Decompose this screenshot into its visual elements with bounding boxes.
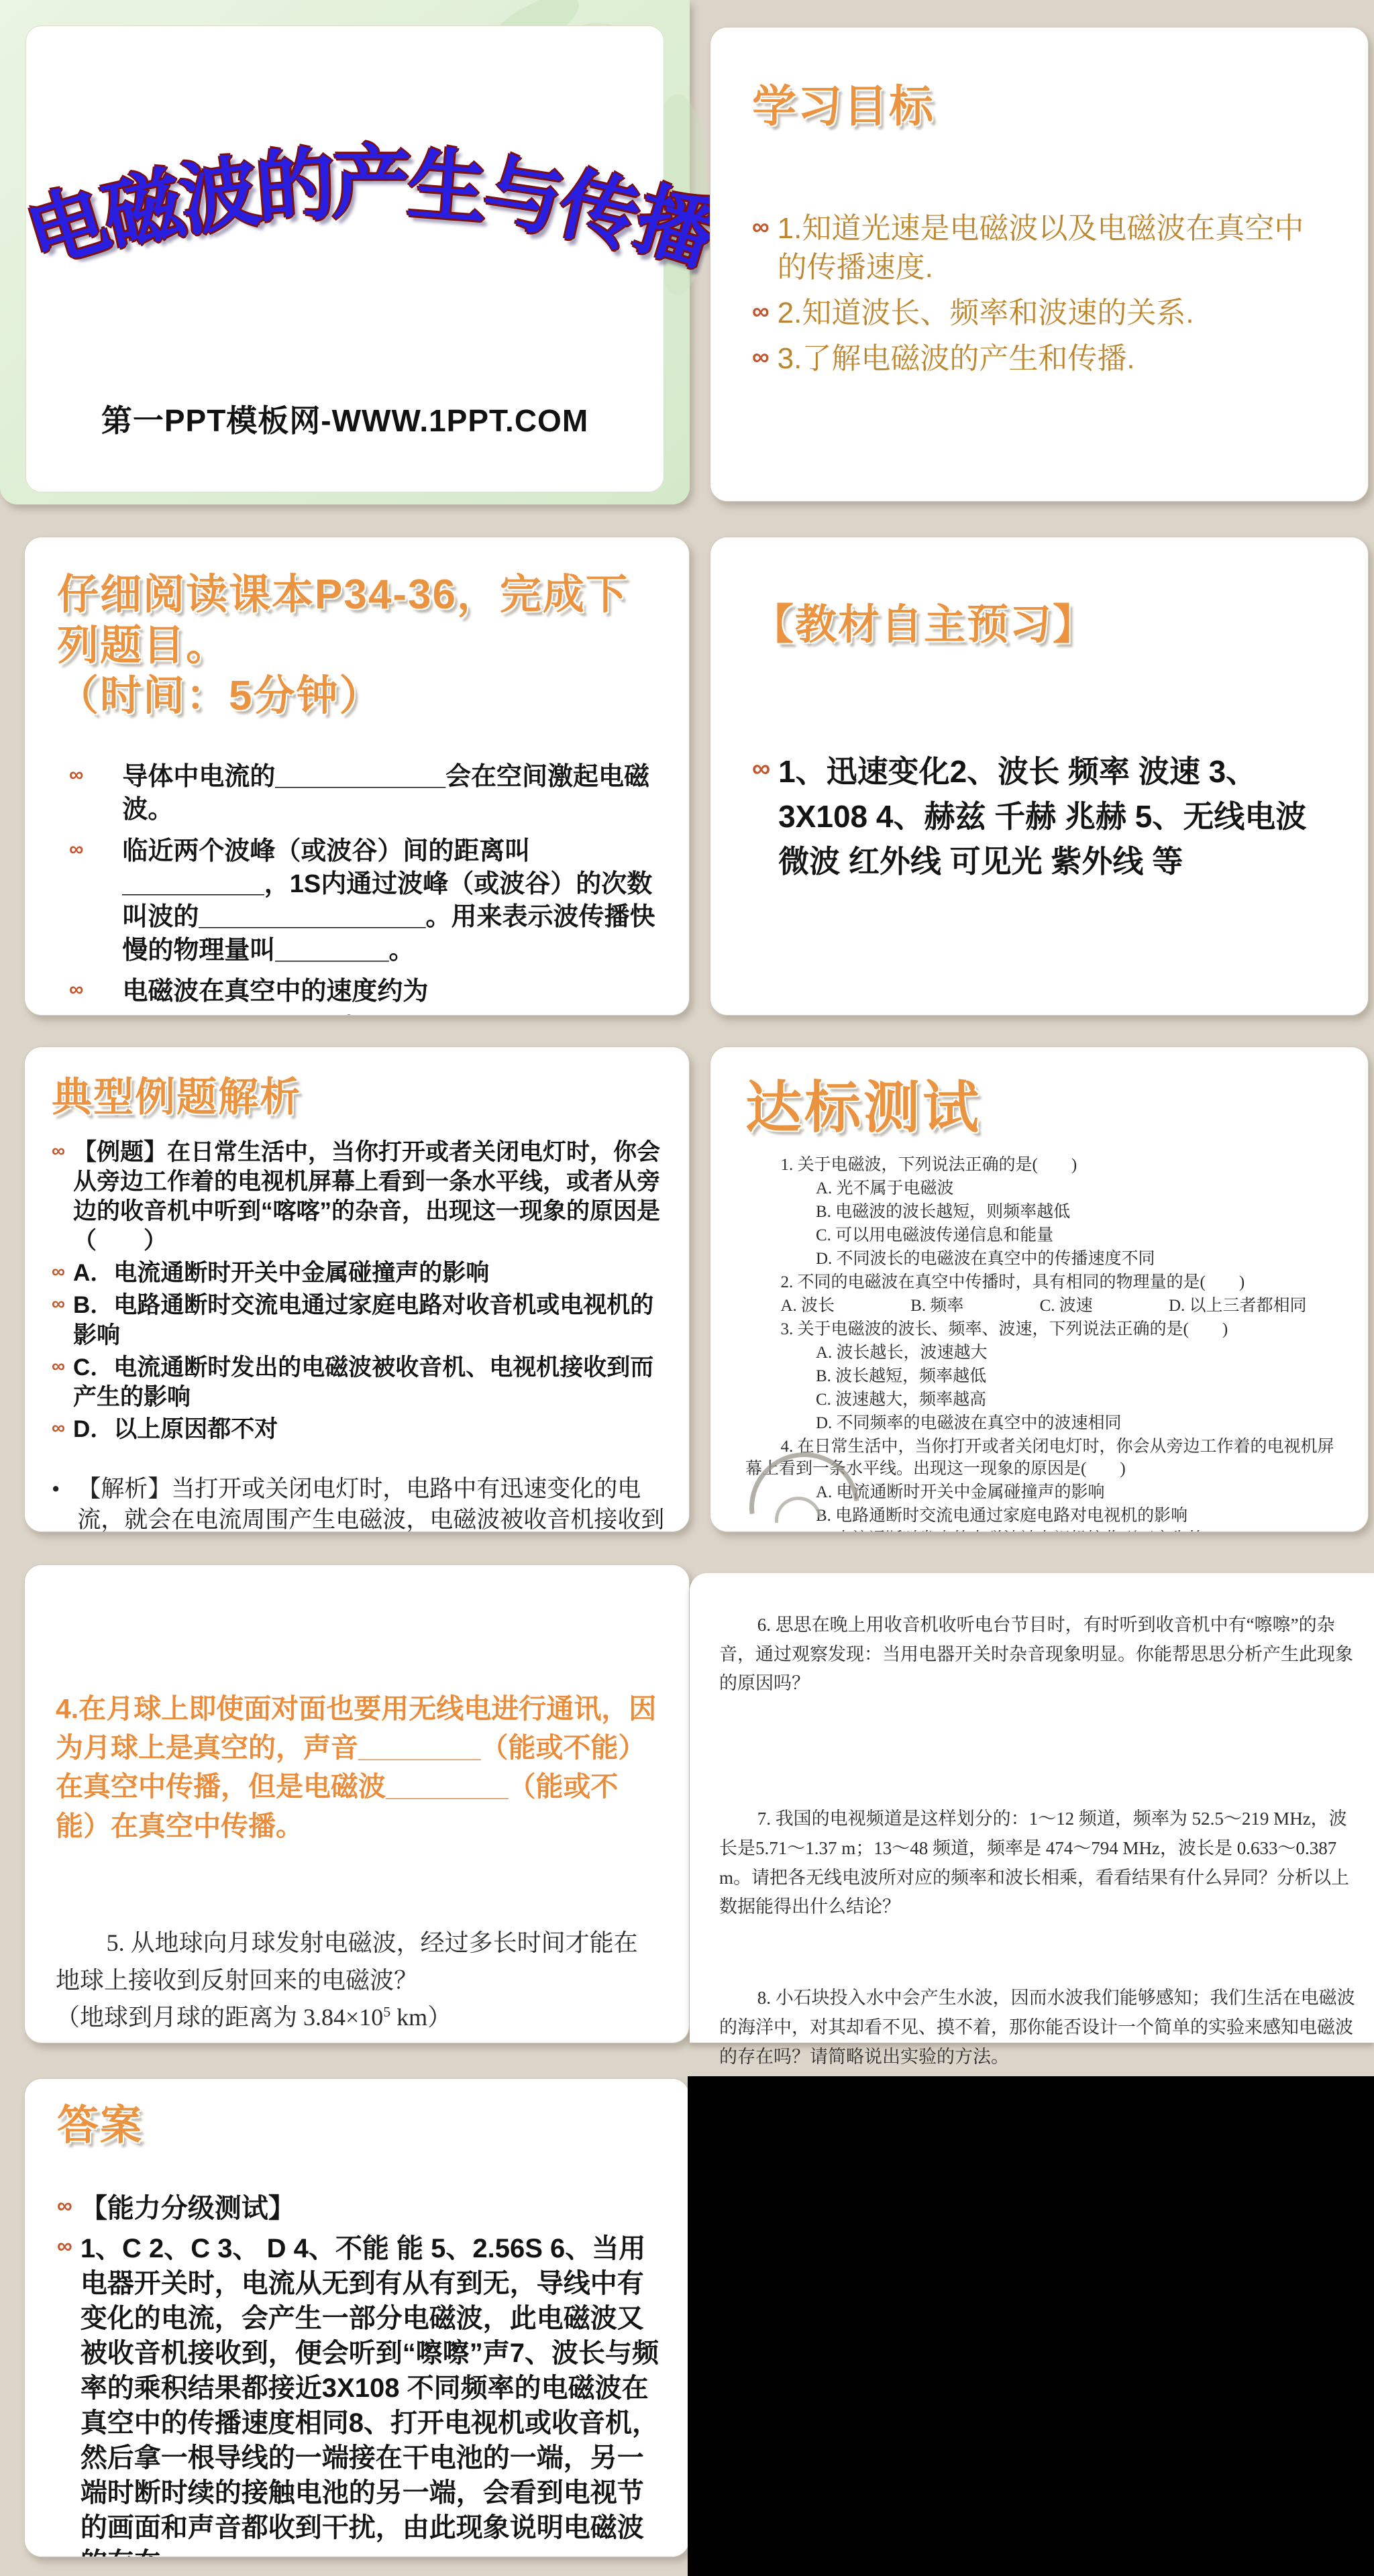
slide-heading: 达标测试	[745, 1075, 1342, 1140]
q5-text: 5. 从地球向月球发射电磁波，经过多长时间才能在地球上接收到反射回来的电磁波？	[56, 1925, 658, 2000]
scroll-bullet-icon: ∞	[52, 1292, 65, 1316]
q2-option: A. 波长	[781, 1295, 835, 1317]
question-5: 5. 从地球向月球发射电磁波，经过多长时间才能在地球上接收到反射回来的电磁波？ …	[56, 1925, 658, 2037]
list-item: ∞ 导体中电流的____________会在空间激起电磁波。	[57, 761, 662, 827]
black-filler-panel	[688, 2076, 1374, 2576]
slide-moon-question: 4.在月球上即使面对面也要用无线电进行通讯，因为月球上是真空的，声音______…	[24, 1564, 690, 2043]
scroll-bullet-icon: ∞	[69, 977, 83, 1003]
goal-list: ∞ 1.知道光速是电磁波以及电磁波在真空中的传播速度. ∞ 2.知道波长、频率和…	[752, 209, 1331, 378]
goal-text: 1.知道光速是电磁波以及电磁波在真空中的传播速度.	[778, 209, 1331, 287]
q2-option: B. 频率	[910, 1295, 963, 1317]
answers-body: ∞ 【能力分级测试】 ∞ 1、C 2、C 3、 D 4、不能 能 5、2.56S…	[57, 2191, 662, 2557]
task-text: 临近两个波峰（或波谷）间的距离叫__________，1S内通过波峰（或波谷）的…	[122, 835, 662, 968]
example-body: ∞ 【例题】在日常生活中，当你打开或者关闭电灯时，你会从旁边工作着的电视机屏幕上…	[52, 1138, 666, 1532]
task-list: ∞ 导体中电流的____________会在空间激起电磁波。 ∞ 临近两个波峰（…	[57, 761, 662, 1016]
q1-option: D. 不同波长的电磁波在真空中的传播速度不同	[745, 1248, 1342, 1270]
site-credit: 第一PPT模板网-WWW.1PPT.COM	[26, 396, 664, 441]
list-item: ∞ 3.了解电磁波的产生和传播.	[752, 339, 1331, 378]
scroll-bullet-icon: ∞	[52, 1138, 65, 1162]
task-text: 电磁波在真空中的速度约为______________m/s.	[122, 975, 662, 1016]
q2-options-row: A. 波长 B. 频率 C. 波速 D. 以上三者都相同	[745, 1295, 1307, 1317]
question-1: 1. 关于电磁波，下列说法正确的是( )	[745, 1154, 1342, 1176]
spacer	[52, 1447, 666, 1474]
q3-option: D. 不同频率的电磁波在真空中的波速相同	[745, 1412, 1342, 1434]
fill-blank-statement: 4.在月球上即使面对面也要用无线电进行通讯，因为月球上是真空的，声音______…	[56, 1689, 658, 1845]
list-item: ∞ 临近两个波峰（或波谷）间的距离叫__________，1S内通过波峰（或波谷…	[57, 835, 662, 968]
answers-subheading: ∞ 【能力分级测试】	[57, 2191, 662, 2226]
slide-heading: 典型例题解析	[52, 1074, 301, 1120]
answer-space	[719, 1922, 1365, 1984]
q3-option: A. 波长越长，波速越大	[745, 1342, 1342, 1364]
question-6: 6. 思思在晚上用收音机收听电台节目时，有时听到收音机中有“嚓嚓”的杂音，通过观…	[719, 1611, 1365, 1699]
scroll-bullet-icon: ∞	[57, 2233, 72, 2261]
option-b: ∞ B．电路通断时交流电通过家庭电路对收音机或电视机的影响	[52, 1291, 666, 1350]
slide-standards-test: 达标测试 1. 关于电磁波，下列说法正确的是( ) A. 光不属于电磁波 B. …	[710, 1046, 1369, 1532]
answer-space	[719, 1699, 1365, 1805]
scroll-bullet-icon: ∞	[52, 1354, 65, 1377]
task-text: 导体中电流的____________会在空间激起电磁波。	[122, 761, 662, 827]
q1-option: A. 光不属于电磁波	[745, 1177, 1342, 1199]
goal-text: 3.了解电磁波的产生和传播.	[778, 339, 1331, 378]
slide-heading: 仔细阅读课本P34-36，完成下列题目。 （时间：5分钟）	[57, 570, 662, 722]
dot-bullet-icon: •	[52, 1474, 60, 1505]
example-question: ∞ 【例题】在日常生活中，当你打开或者关闭电灯时，你会从旁边工作着的电视机屏幕上…	[52, 1138, 666, 1256]
exponent: 5	[383, 2004, 390, 2020]
scroll-bullet-icon: ∞	[752, 295, 770, 327]
heading-line1: 仔细阅读课本P34-36，完成下列题目。	[57, 572, 629, 669]
slide-answers: 答案 ∞ 【能力分级测试】 ∞ 1、C 2、C 3、 D 4、不能 能 5、2.…	[24, 2078, 690, 2557]
q1-option: C. 可以用电磁波传递信息和能量	[745, 1224, 1342, 1246]
analysis-text: 【解析】当打开或关闭电灯时，电路中有迅速变化的电流，就会在电流周围产生电磁波，电…	[77, 1474, 666, 1532]
scroll-bullet-icon: ∞	[752, 751, 770, 788]
preview-answer-block: ∞ 1、迅速变化2、波长 频率 波速 3、3X108 4、赫兹 千赫 兆赫 5、…	[752, 749, 1331, 883]
option-d: ∞ D．以上原因都不对	[52, 1415, 666, 1444]
slide-workbook-scan: 6. 思思在晚上用收音机收听电台节目时，有时听到收音机中有“嚓嚓”的杂音，通过观…	[690, 1573, 1374, 2043]
question-3: 3. 关于电磁波的波长、频率、波速，下列说法正确的是( )	[745, 1318, 1342, 1340]
q3-option: B. 波长越短，频率越低	[745, 1365, 1342, 1387]
slide-reading-tasks: 仔细阅读课本P34-36，完成下列题目。 （时间：5分钟） ∞ 导体中电流的__…	[24, 537, 690, 1016]
option-c: ∞ C．电流通断时发出的电磁波被收音机、电视机接收到而产生的影响	[52, 1353, 666, 1412]
list-item: ∞ 2.知道波长、频率和波速的关系.	[752, 294, 1331, 333]
q2-option: D. 以上三者都相同	[1169, 1295, 1307, 1317]
slide-title-cover: 电磁波的产生与传播 第一PPT模板网-WWW.1PPT.COM	[0, 0, 690, 504]
analysis-block: • 【解析】当打开或关闭电灯时，电路中有迅速变化的电流，就会在电流周围产生电磁波…	[52, 1474, 666, 1532]
list-item: ∞ 1.知道光速是电磁波以及电磁波在真空中的传播速度.	[752, 209, 1331, 287]
q2-option: C. 波速	[1040, 1295, 1093, 1317]
slide-heading: 【教材自主预习】	[752, 601, 1331, 649]
scroll-bullet-icon: ∞	[752, 341, 770, 373]
q1-option: B. 电磁波的波长越短，则频率越低	[745, 1201, 1342, 1223]
scroll-bullet-icon: ∞	[69, 761, 83, 788]
slide-preview-answers: 【教材自主预习】 ∞ 1、迅速变化2、波长 频率 波速 3、3X108 4、赫兹…	[710, 537, 1369, 1016]
cover-inner-card: 电磁波的产生与传播 第一PPT模板网-WWW.1PPT.COM	[25, 25, 664, 492]
slide-worked-example: 典型例题解析 ∞ 【例题】在日常生活中，当你打开或者关闭电灯时，你会从旁边工作着…	[24, 1046, 690, 1532]
wordart-title: 电磁波的产生与传播	[26, 164, 664, 278]
question-2: 2. 不同的电磁波在真空中传播时，具有相同的物理量的是( )	[745, 1271, 1342, 1293]
answers-text: ∞ 1、C 2、C 3、 D 4、不能 能 5、2.56S 6、当用电器开关时，…	[57, 2231, 662, 2557]
slide-learning-goals: 学习目标 ∞ 1.知道光速是电磁波以及电磁波在真空中的传播速度. ∞ 2.知道波…	[710, 27, 1369, 502]
goal-text: 2.知道波长、频率和波速的关系.	[778, 294, 1331, 333]
scroll-bullet-icon: ∞	[69, 836, 83, 862]
option-a: ∞ A．电流通断时开关中金属碰撞声的影响	[52, 1258, 666, 1288]
scroll-bullet-icon: ∞	[52, 1415, 65, 1439]
scroll-bullet-icon: ∞	[52, 1260, 65, 1283]
slide-heading: 答案	[57, 2102, 662, 2149]
heading-line2: （时间：5分钟）	[57, 673, 382, 719]
scroll-bullet-icon: ∞	[752, 211, 770, 243]
question-7: 7. 我国的电视频道是这样划分的：1～12 频道，频率为 52.5～219 MH…	[719, 1805, 1365, 1922]
question-8: 8. 小石块投入水中会产生水波，因而水波我们能够感知；我们生活在电磁波的海洋中，…	[719, 1984, 1365, 2072]
preview-answer-text: 1、迅速变化2、波长 频率 波速 3、3X108 4、赫兹 千赫 兆赫 5、无线…	[778, 749, 1331, 883]
q3-option: C. 波速越大，频率越高	[745, 1389, 1342, 1411]
list-item: ∞ 电磁波在真空中的速度约为______________m/s.	[57, 975, 662, 1016]
slide-heading: 学习目标	[752, 81, 1331, 132]
scroll-bullet-icon: ∞	[57, 2192, 72, 2220]
q5-distance: （地球到月球的距离为 3.84×105 km）	[56, 2004, 452, 2031]
